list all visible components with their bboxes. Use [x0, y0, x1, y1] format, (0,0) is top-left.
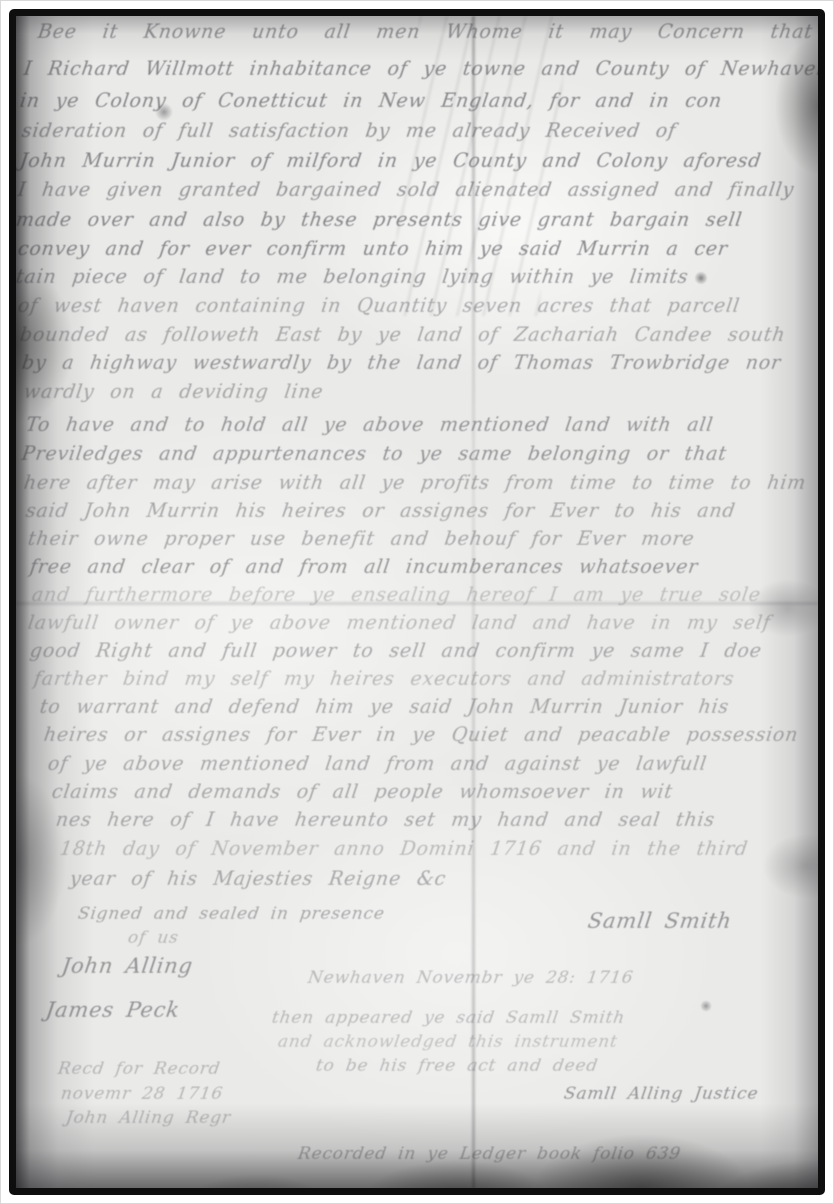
deed-line: heires or assignes for Ever in ye Quiet … — [42, 724, 799, 746]
deed-line: I have given granted bargained sold alie… — [16, 179, 795, 201]
deed-line: of ye above mentioned land from and agai… — [46, 753, 708, 775]
grantor-signature: Samll Smith — [586, 909, 733, 933]
deed-line: nes here of I have hereunto set my hand … — [54, 809, 716, 831]
deed-line: here after may arise with all ye profits… — [22, 472, 818, 494]
recording-note: Recd for Record — [57, 1059, 222, 1079]
deed-line: tain piece of land to me belonging lying… — [16, 266, 690, 288]
deed-page: Bee it Knowne unto all men Whome it may … — [16, 16, 818, 1188]
scan-frame: Bee it Knowne unto all men Whome it may … — [9, 9, 825, 1195]
deed-line: to warrant and defend him ye said John M… — [38, 696, 730, 718]
deed-line: Bee it Knowne unto all men Whome it may … — [36, 21, 814, 43]
deed-line: their owne proper use benefit and behouf… — [26, 528, 695, 550]
deed-line: 18th day of November anno Domini 1716 an… — [58, 838, 749, 860]
photo-mat: Bee it Knowne unto all men Whome it may … — [0, 0, 834, 1204]
attestation-line: Signed and sealed in presence — [77, 904, 387, 924]
recording-note: novemr 28 1716 — [60, 1084, 225, 1104]
justice-signature: Samll Alling Justice — [563, 1084, 760, 1104]
deed-line: of west haven containing in Quantity sev… — [16, 295, 741, 317]
recording-note: John Alling Regr — [65, 1108, 233, 1128]
deed-line: I Richard Willmott inhabitance of ye tow… — [22, 58, 818, 80]
deed-line: Previledges and appurtenances to ye same… — [20, 443, 728, 465]
deed-line: bounded as followeth East by ye land of … — [18, 324, 786, 346]
deed-line: John Murrin Junior of milford in ye Coun… — [18, 150, 762, 172]
witness-signature: John Alling — [60, 954, 194, 978]
attestation-line: of us — [127, 928, 180, 948]
deed-line: claims and demands of all people whomsoe… — [50, 781, 674, 803]
acknowledgment-line: and acknowledged this instrument — [277, 1032, 619, 1052]
deed-line: convey and for ever confirm unto him ye … — [16, 238, 729, 260]
deed-line: and furthermore before ye ensealing here… — [30, 584, 762, 606]
deed-line: in ye Colony of Conetticut in New Englan… — [18, 90, 723, 112]
acknowledgment-line: then appeared ye said Samll Smith — [271, 1008, 627, 1028]
acknowledgment-line: to be his free act and deed — [315, 1056, 600, 1076]
deed-line: said John Murrin his heires or assignes … — [24, 500, 737, 522]
deed-line: sideration of full satisfaction by me al… — [20, 120, 677, 142]
acknowledgment-date: Newhaven Novembr ye 28: 1716 — [307, 968, 635, 988]
deed-line: free and clear of and from all incumbera… — [28, 556, 699, 578]
deed-line: To have and to hold all ye above mention… — [24, 414, 714, 436]
witness-signature: James Peck — [44, 998, 181, 1022]
ledger-note: Recorded in ye Ledger book folio 639 — [297, 1144, 683, 1164]
deed-line: made over and also by these presents giv… — [16, 209, 744, 231]
deed-line: good Right and full power to sell and co… — [28, 640, 763, 662]
deed-line: wardly on a deviding line — [22, 381, 324, 403]
deed-line: year of his Majesties Reigne &c — [68, 868, 447, 890]
deed-line: farther bind my self my heires executors… — [32, 668, 735, 690]
deed-line: by a highway westwardly by the land of T… — [20, 352, 782, 374]
deed-line: lawfull owner of ye above mentioned land… — [26, 612, 772, 634]
